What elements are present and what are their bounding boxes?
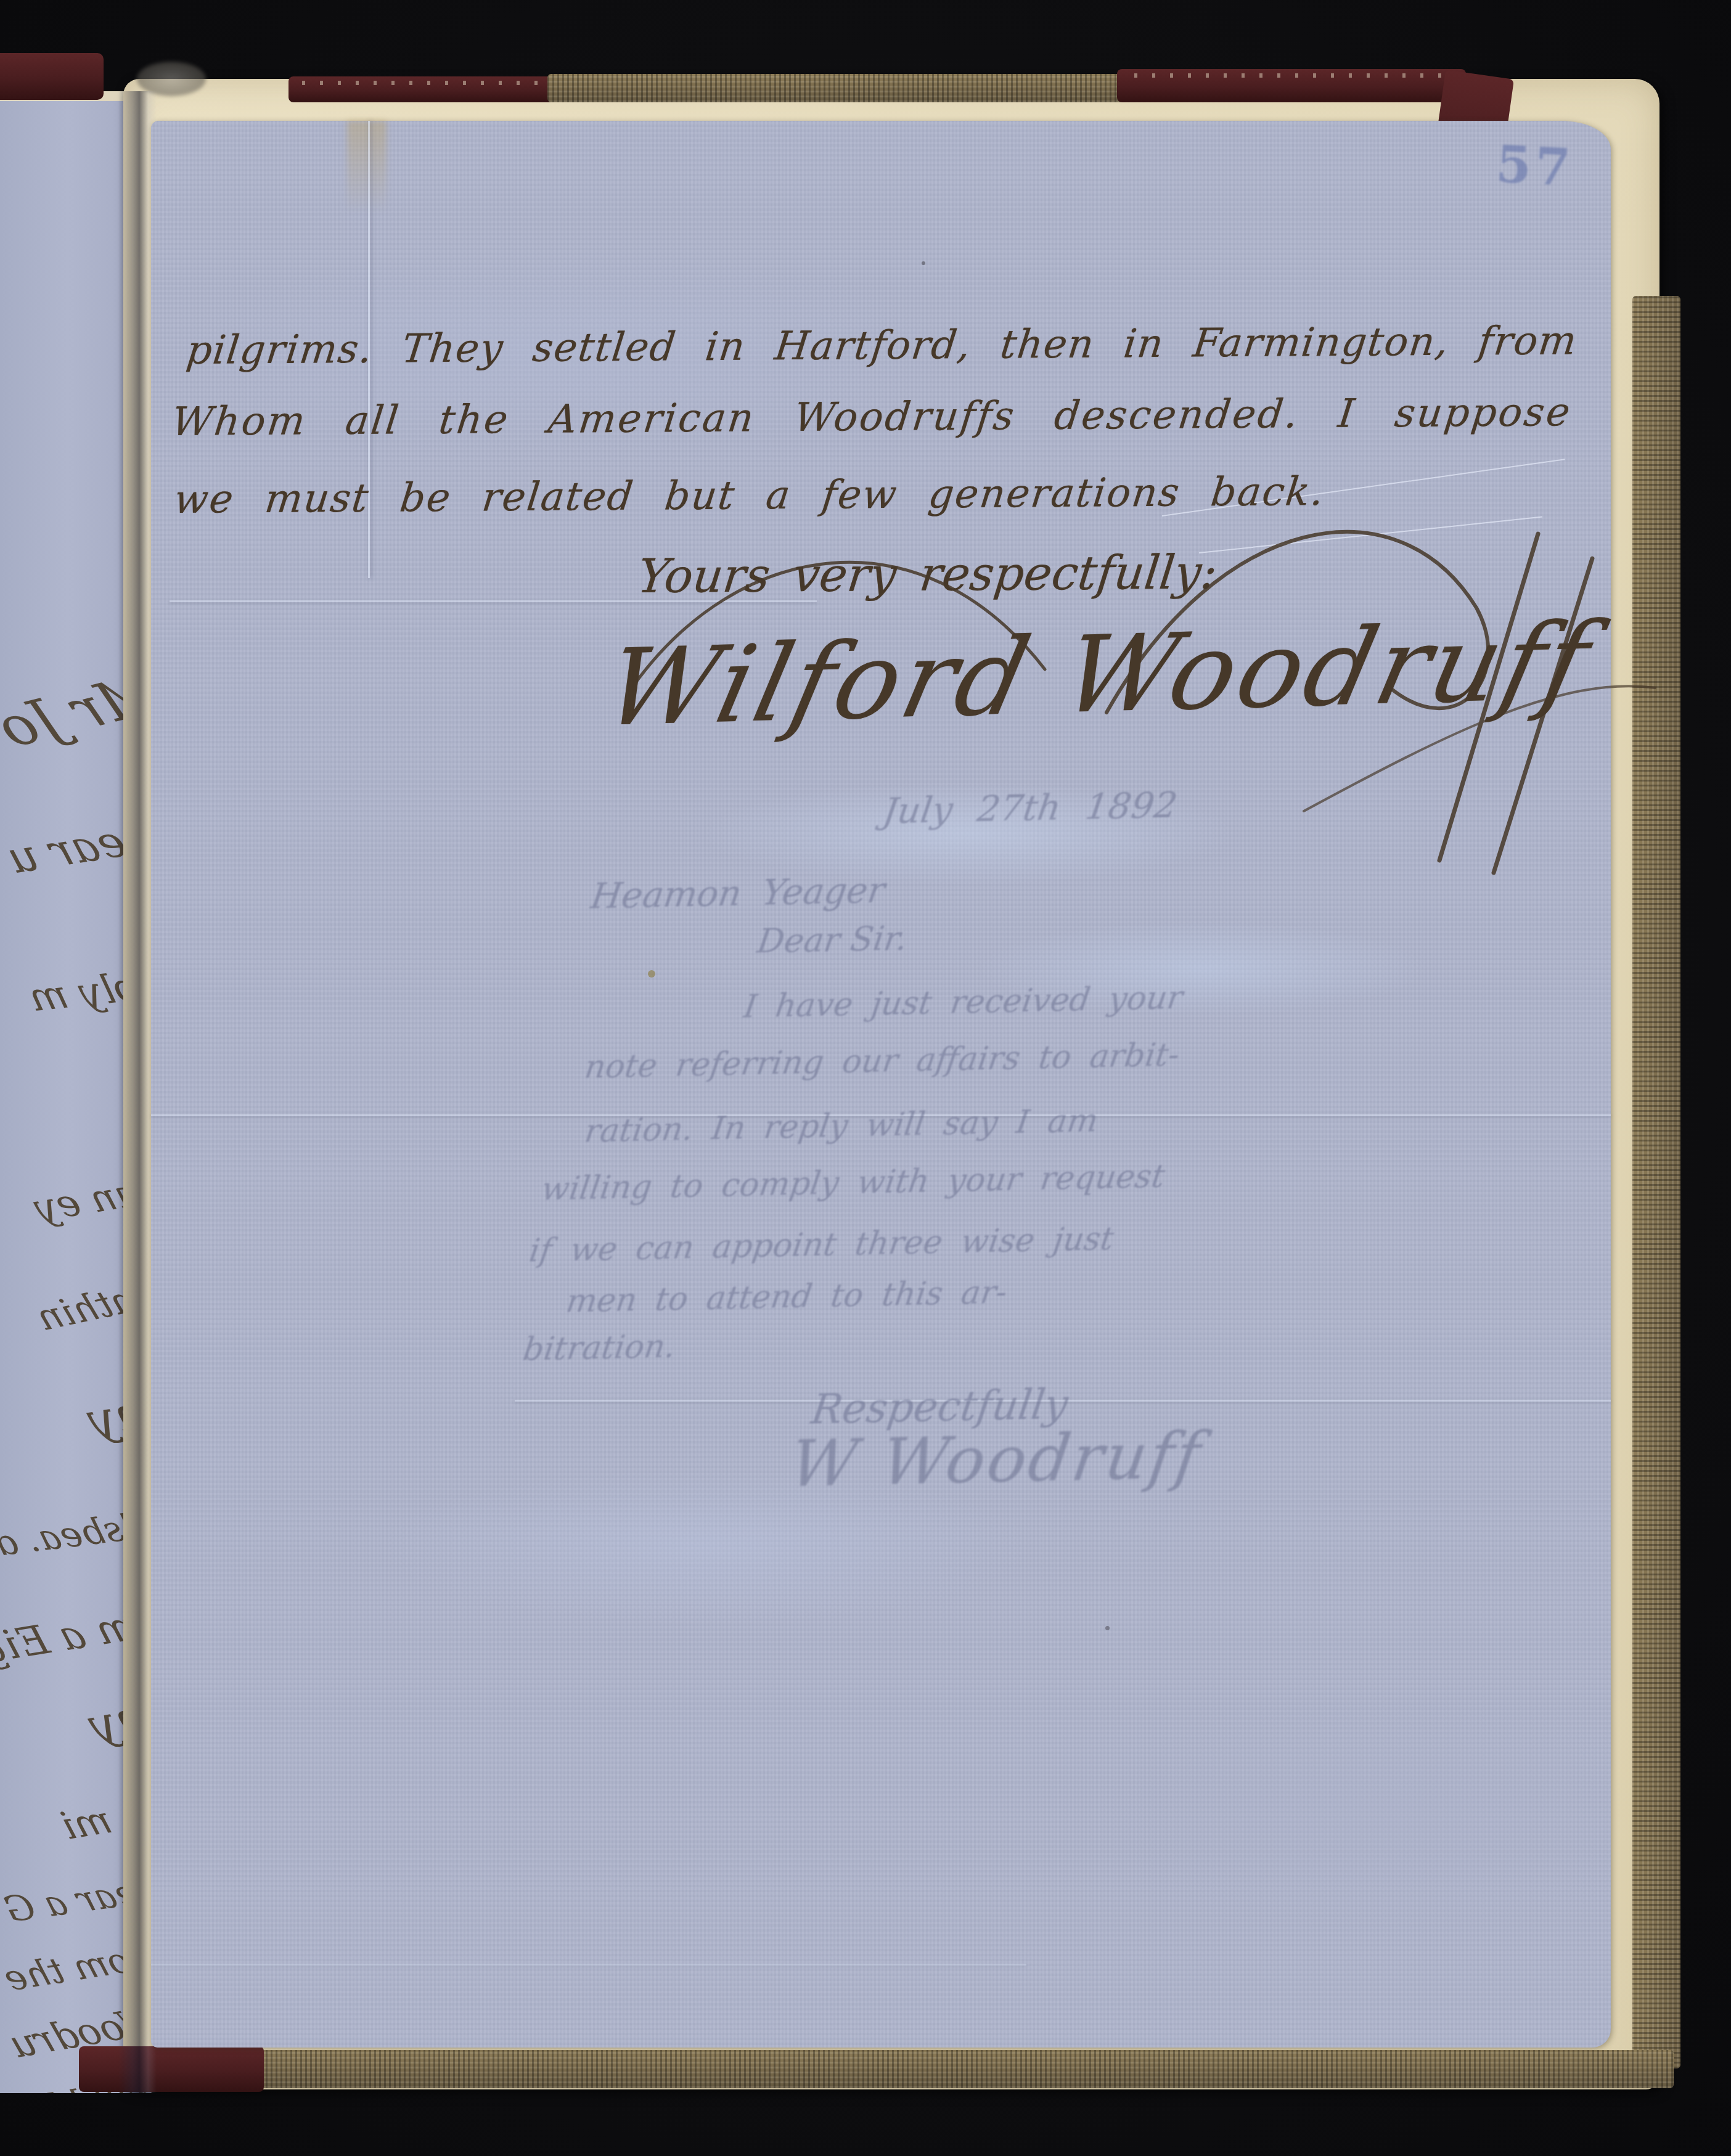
- press-copy-body-line: bitration.: [521, 1328, 678, 1368]
- press-copy-body-line: I have just received your: [742, 979, 1185, 1026]
- press-copy-body-line: men to attend to this ar-: [564, 1274, 1010, 1320]
- stain-spot: [648, 970, 655, 978]
- letter-body-line: Whom all the American Woodruffs descende…: [170, 390, 1574, 445]
- page-number: 57: [1495, 135, 1576, 198]
- press-copy-signature: W Woodruff: [786, 1418, 1208, 1501]
- press-copy-addressee: Heamon Yeager: [588, 870, 887, 917]
- cloth-edge-top: [547, 74, 1124, 102]
- letter-body-line: pilgrims. They settled in Hartford, then…: [184, 318, 1580, 374]
- cloth-edge-bottom: [256, 2050, 1674, 2088]
- press-copy-salutation: Dear Sir.: [755, 919, 910, 961]
- glue-smudge: [347, 121, 387, 213]
- press-copy-body-line: ration. In reply will say I am: [583, 1103, 1100, 1150]
- press-copy-date: July 27th 1892: [880, 784, 1180, 832]
- letter-sheet: 57 pilgrims. They settled in Hartford, t…: [151, 121, 1611, 2048]
- leather-edge-top-left: [0, 53, 104, 100]
- letterbook-scan: Mr Jo Dear u sply m can ey unthin my Els…: [0, 0, 1731, 2156]
- leather-edge-top-right: [1117, 69, 1466, 102]
- press-copy-body-line: if we can appoint three wise just: [527, 1220, 1116, 1270]
- press-copy-body-line: willing to comply with your request: [539, 1158, 1167, 1208]
- stain-spot: [922, 261, 925, 265]
- stain-spot: [1105, 1626, 1110, 1630]
- press-copy-body-line: note referring our affairs to arbit-: [583, 1037, 1182, 1086]
- leather-edge-bottom-left: [79, 2046, 264, 2092]
- leather-edge-top-mid: [288, 76, 561, 102]
- horizontal-crease: [151, 1964, 1026, 1966]
